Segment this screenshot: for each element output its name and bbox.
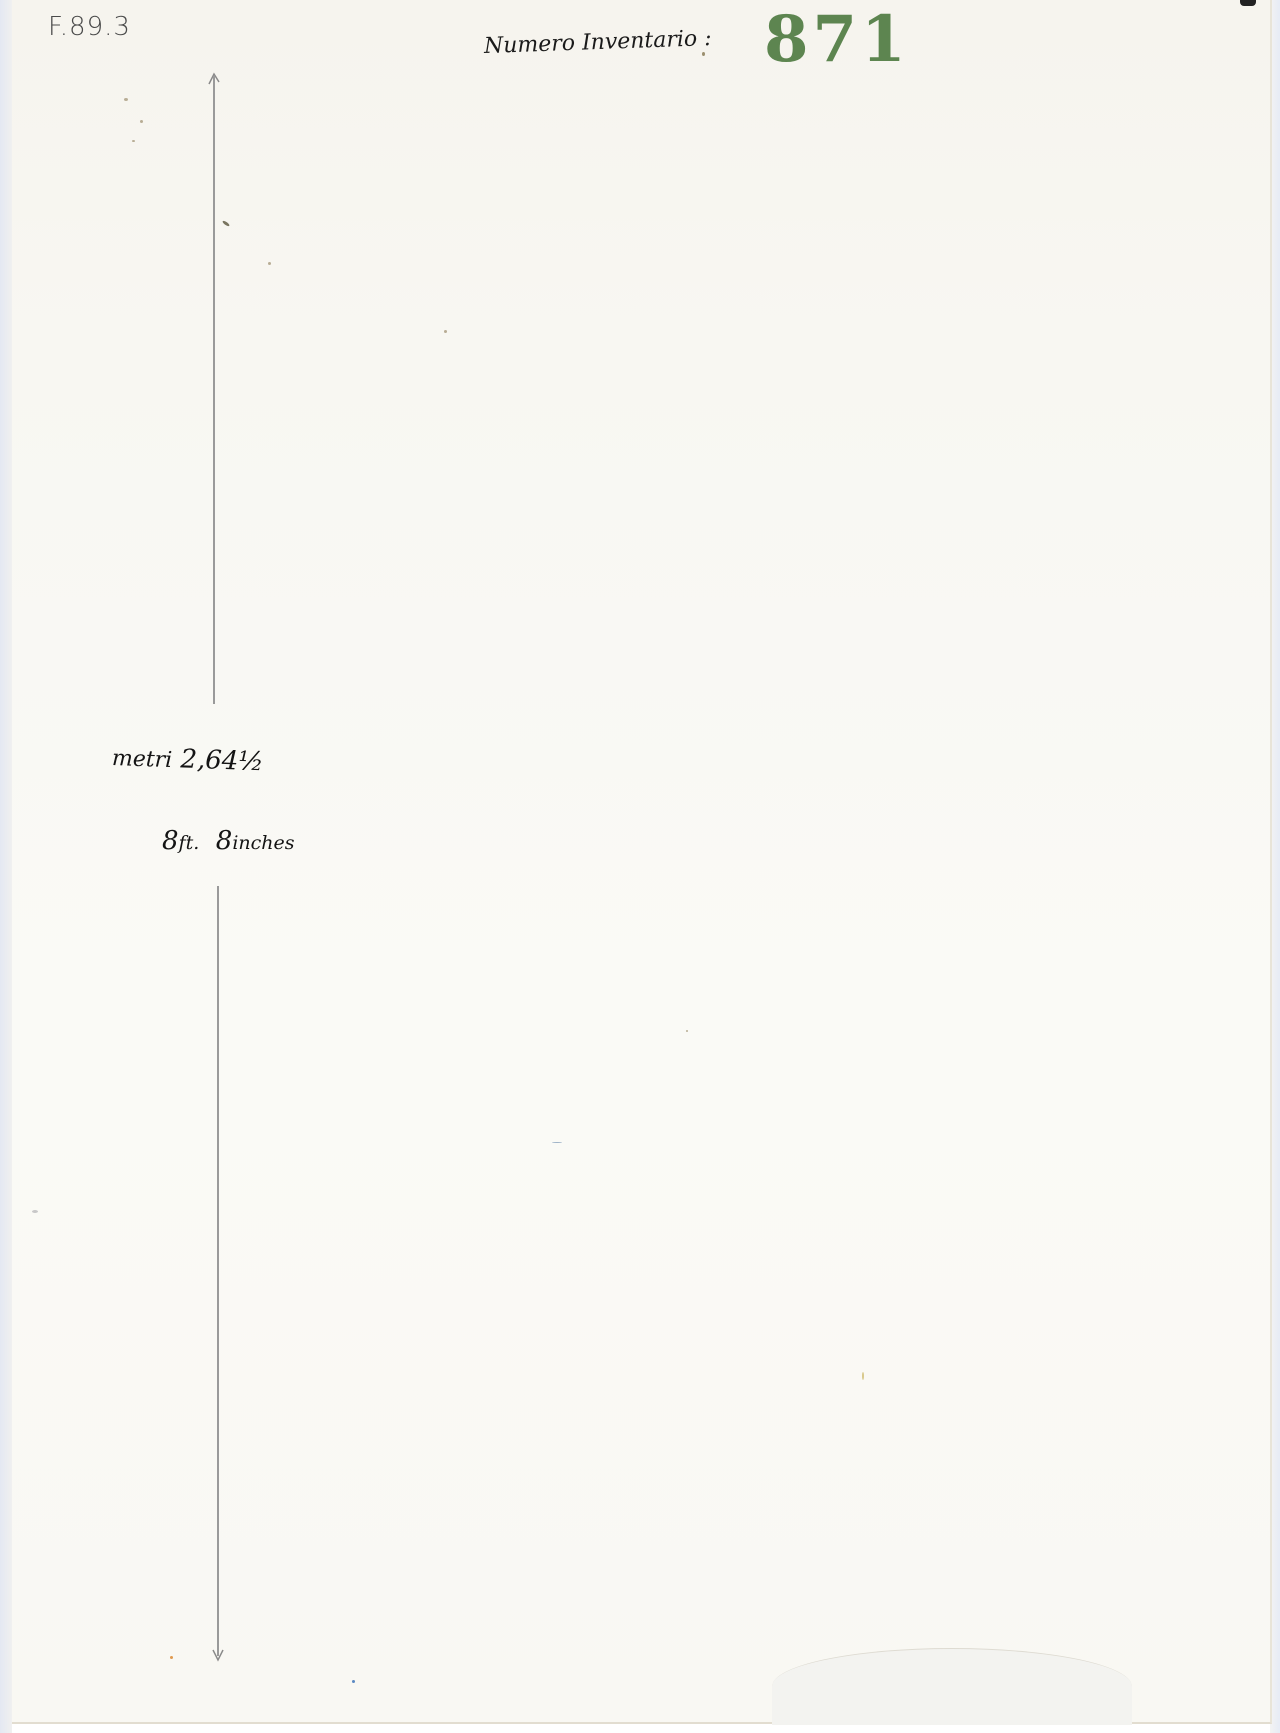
imperial-feet: 8 <box>162 826 179 856</box>
paper-speck <box>862 1372 864 1380</box>
paper-speck <box>686 1030 688 1032</box>
measure-imperial: 8ft. 8inches <box>162 826 295 856</box>
paper-speck <box>352 1680 355 1683</box>
paper-speck <box>132 140 135 142</box>
paper-speck <box>170 1656 173 1659</box>
imperial-feet-unit: ft. <box>179 832 200 854</box>
paper-tear <box>772 1648 1132 1725</box>
paper-speck <box>32 1210 38 1213</box>
catalog-number: F.89.3 <box>48 12 131 42</box>
scanned-card: F.89.3 Numero Inventario : 871 metri 2,6… <box>0 0 1280 1733</box>
paper-speck <box>222 220 230 227</box>
card-verso: F.89.3 Numero Inventario : 871 metri 2,6… <box>12 0 1272 1724</box>
measure-line-lower <box>217 886 219 1656</box>
imperial-inches: 8 <box>216 826 233 856</box>
metric-value: 2,64½ <box>180 744 264 777</box>
measure-line-upper <box>213 76 215 704</box>
measure-metric: metri 2,64½ <box>111 742 264 777</box>
paper-speck <box>268 262 271 265</box>
scan-left-edge <box>0 0 12 1733</box>
paper-speck <box>124 98 128 101</box>
arrow-down-icon <box>211 1648 225 1662</box>
inventory-label: Numero Inventario : <box>484 26 712 59</box>
metric-unit-label: metri <box>112 746 173 773</box>
paper-speck <box>140 120 143 123</box>
imperial-inches-unit: inches <box>232 832 294 854</box>
paper-speck <box>444 330 447 333</box>
paper-speck <box>702 52 705 56</box>
corner-mark <box>1240 0 1256 6</box>
inventory-number-stamp: 871 <box>764 8 910 72</box>
paper-speck <box>552 1142 562 1143</box>
